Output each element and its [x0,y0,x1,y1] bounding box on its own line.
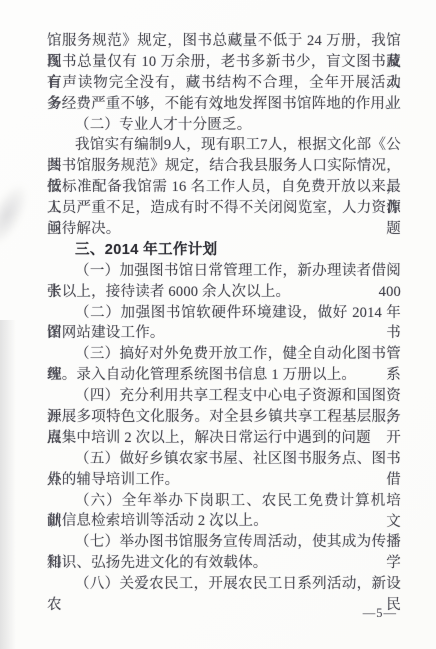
text-line: （六）全年举办下岗职工、农民工免费计算机培训、文 [47,491,401,512]
text-line: （八）关爱农民工，开展农民工日系列活动，新设农民 [47,574,401,595]
scanned-document-page: 馆服务规范》规定，图书总藏量不低于 24 万册，我馆现藏图书总量仅有 10 万余… [0,0,436,649]
text-line: 开展多项特色文化服务。对全县乡镇共享工程基层服务点开 [47,407,401,428]
text-line: （三）搞好对外免费开放工作，健全自动化图书管理系 [47,344,401,365]
section-heading: 三、2014 年工作计划 [47,240,401,261]
page-number: —5— [363,606,397,621]
text-line: （二）加强图书馆软硬件环境建设，做好 2014 年图书 [47,303,401,324]
document-body: 馆服务规范》规定，图书总藏量不低于 24 万册，我馆现藏图书总量仅有 10 万余… [47,31,401,595]
text-line: （一）加强图书馆日常管理工作，新办理读者借阅卡 400 [47,261,401,282]
text-line: 展集中培训 2 次以上，解决日常运行中遇到的问题 [47,428,401,449]
text-line: 我馆实有编制9人，现有职工7人，根据文化部《公共 [47,135,401,156]
text-line: 务经费严重不够，不能有效地发挥图书馆阵地的作用。 [47,94,401,115]
text-line: （二）专业人才十分匮乏。 [47,115,401,136]
text-line: 人员严重不足，造成有时不得不关闭阅览室，人力资源问题 [47,198,401,219]
text-line: （七）举办图书馆服务宣传周活动，使其成为传播科学 [47,532,401,553]
scan-smudge-artifact [0,177,37,253]
text-line: 有声读物完全没有，藏书结构不合理，全年开展活动多，业 [47,73,401,94]
text-line: 馆服务规范》规定，图书总藏量不低于 24 万册，我馆现藏 [47,31,401,52]
text-line: 图书总量仅有 10 万余册，老书多新书少，盲文图书及盲人 [47,52,401,73]
scan-edge-shadow [0,320,16,649]
text-line: 低标准配备我馆需 16 名工作人员，自免费开放以来，工作 [47,177,401,198]
text-line: （五）做好乡镇农家书屋、社区图书服务点、图书外借 [47,449,401,470]
text-line: 图书馆服务规范》规定，结合我县服务人口实际情况，按最 [47,156,401,177]
text-line: （四）充分利用共享工程支中心电子资源和国图资源， [47,386,401,407]
text-line: 统。录入自动化管理系统图书信息 1 万册以上。 [47,365,401,386]
